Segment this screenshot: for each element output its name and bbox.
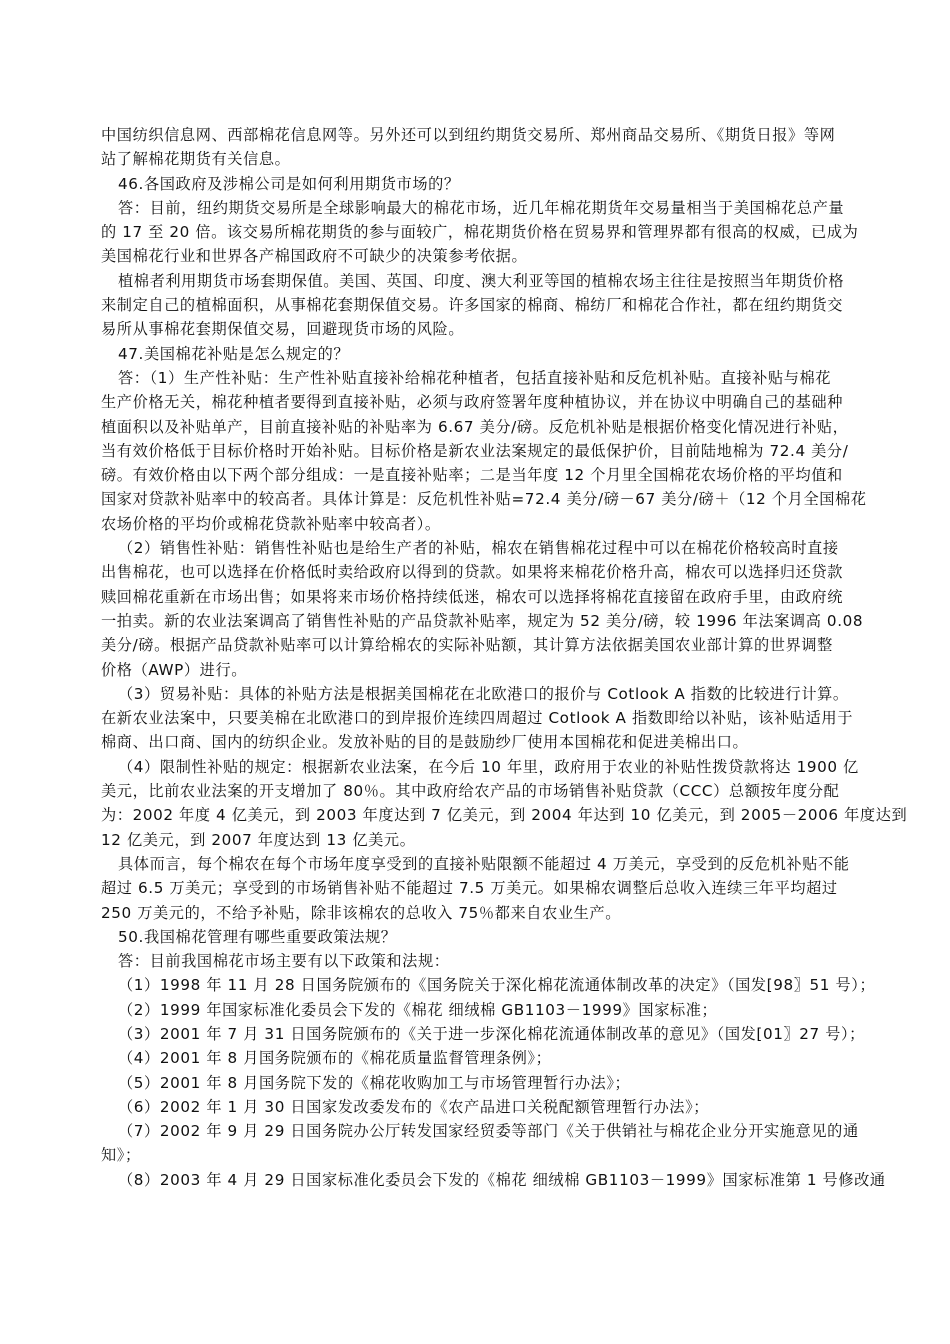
list-item-line: （1）1998 年 11 月 28 日国务院颁布的《国务院关于深化棉花流通体制改… bbox=[101, 973, 901, 997]
paragraph-line: （3）贸易补贴：具体的补贴方法是根据美国棉花在北欧港口的报价与 Cotlook … bbox=[101, 682, 901, 706]
paragraph-line: 答：（1）生产性补贴：生产性补贴直接补给棉花种植者，包括直接补贴和反危机补贴。直… bbox=[101, 366, 901, 390]
list-item-line: （5）2001 年 8 月国务院下发的《棉花收购加工与市场管理暂行办法》； bbox=[101, 1071, 901, 1095]
list-item-line: （2）1999 年国家标准化委员会下发的《棉花 细绒棉 GB1103－1999》… bbox=[101, 998, 901, 1022]
paragraph-line: 美分/磅。根据产品贷款补贴率可以计算给棉农的实际补贴额，其计算方法依据美国农业部… bbox=[101, 633, 901, 657]
list-item-line: （4）2001 年 8 月国务院颁布的《棉花质量监督管理条例》； bbox=[101, 1046, 901, 1070]
paragraph-line: 的 17 至 20 倍。该交易所棉花期货的参与面较广，棉花期货价格在贸易界和管理… bbox=[101, 220, 901, 244]
paragraph-line: 12 亿美元，到 2007 年度达到 13 亿美元。 bbox=[101, 828, 901, 852]
paragraph-line: 答：目前我国棉花市场主要有以下政策和法规： bbox=[101, 949, 901, 973]
paragraph-line: 易所从事棉花套期保值交易，回避现货市场的风险。 bbox=[101, 317, 901, 341]
paragraph-line: 磅。有效价格由以下两个部分组成：一是直接补贴率；二是当年度 12 个月里全国棉花… bbox=[101, 463, 901, 487]
paragraph-line: 国家对贷款补贴率中的较高者。具体计算是：反危机性补贴=72.4 美分/磅－67 … bbox=[101, 487, 901, 511]
list-item-line: 知》； bbox=[101, 1143, 901, 1167]
paragraph-line: 答：目前，纽约期货交易所是全球影响最大的棉花市场，近几年棉花期货年交易量相当于美… bbox=[101, 196, 901, 220]
paragraph-line: 赎回棉花重新在市场出售；如果将来市场价格持续低迷，棉农可以选择将棉花直接留在政府… bbox=[101, 585, 901, 609]
paragraph-line: 植棉者利用期货市场套期保值。美国、英国、印度、澳大利亚等国的植棉农场主往往是按照… bbox=[101, 269, 901, 293]
list-item-line: （7）2002 年 9 月 29 日国务院办公厅转发国家经贸委等部门《关于供销社… bbox=[101, 1119, 901, 1143]
paragraph-line: 250 万美元的，不给予补贴，除非该棉农的总收入 75％都来自农业生产。 bbox=[101, 901, 901, 925]
paragraph-line: （2）销售性补贴：销售性补贴也是给生产者的补贴，棉农在销售棉花过程中可以在棉花价… bbox=[101, 536, 901, 560]
paragraph-line: （4）限制性补贴的规定：根据新农业法案，在今后 10 年里，政府用于农业的补贴性… bbox=[101, 755, 901, 779]
list-item-line: （6）2002 年 1 月 30 日国家发改委发布的《农产品进口关税配额管理暂行… bbox=[101, 1095, 901, 1119]
list-item-line: （3）2001 年 7 月 31 日国务院颁布的《关于进一步深化棉花流通体制改革… bbox=[101, 1022, 901, 1046]
question-heading: 47.美国棉花补贴是怎么规定的？ bbox=[101, 342, 901, 366]
paragraph-line: 站了解棉花期货有关信息。 bbox=[101, 147, 901, 171]
question-heading: 50.我国棉花管理有哪些重要政策法规？ bbox=[101, 925, 901, 949]
paragraph-line: 美国棉花行业和世界各产棉国政府不可缺少的决策参考依据。 bbox=[101, 244, 901, 268]
paragraph-line: 具体而言，每个棉农在每个市场年度享受到的直接补贴限额不能超过 4 万美元，享受到… bbox=[101, 852, 901, 876]
paragraph-line: 在新农业法案中，只要美棉在北欧港口的到岸报价连续四周超过 Cotlook A 指… bbox=[101, 706, 901, 730]
question-heading: 46.各国政府及涉棉公司是如何利用期货市场的？ bbox=[101, 172, 901, 196]
paragraph-line: 价格（AWP）进行。 bbox=[101, 658, 901, 682]
paragraph-line: 农场价格的平均价或棉花贷款补贴率中较高者）。 bbox=[101, 512, 901, 536]
paragraph-line: 一拍卖。新的农业法案调高了销售性补贴的产品贷款补贴率，规定为 52 美分/磅，较… bbox=[101, 609, 901, 633]
paragraph-line: 当有效价格低于目标价格时开始补贴。目标价格是新农业法案规定的最低保护价，目前陆地… bbox=[101, 439, 901, 463]
list-item-line: （8）2003 年 4 月 29 日国家标准化委员会下发的《棉花 细绒棉 GB1… bbox=[101, 1168, 901, 1192]
paragraph-line: 生产价格无关，棉花种植者要得到直接补贴，必须与政府签署年度种植协议，并在协议中明… bbox=[101, 390, 901, 414]
paragraph-line: 棉商、出口商、国内的纺织企业。发放补贴的目的是鼓励纱厂使用本国棉花和促进美棉出口… bbox=[101, 730, 901, 754]
paragraph-line: 为：2002 年度 4 亿美元，到 2003 年度达到 7 亿美元，到 2004… bbox=[101, 803, 901, 827]
paragraph-line: 中国纺织信息网、西部棉花信息网等。另外还可以到纽约期货交易所、郑州商品交易所、《… bbox=[101, 123, 901, 147]
document-page: 中国纺织信息网、西部棉花信息网等。另外还可以到纽约期货交易所、郑州商品交易所、《… bbox=[101, 123, 901, 1192]
paragraph-line: 植面积以及补贴单产，目前直接补贴的补贴率为 6.67 美分/磅。反危机补贴是根据… bbox=[101, 415, 901, 439]
paragraph-line: 美元，比前农业法案的开支增加了 80％。其中政府给农产品的市场销售补贴贷款（CC… bbox=[101, 779, 901, 803]
paragraph-line: 超过 6.5 万美元；享受到的市场销售补贴不能超过 7.5 万美元。如果棉农调整… bbox=[101, 876, 901, 900]
paragraph-line: 来制定自己的植棉面积，从事棉花套期保值交易。许多国家的棉商、棉纺厂和棉花合作社，… bbox=[101, 293, 901, 317]
paragraph-line: 出售棉花，也可以选择在价格低时卖给政府以得到的贷款。如果将来棉花价格升高，棉农可… bbox=[101, 560, 901, 584]
